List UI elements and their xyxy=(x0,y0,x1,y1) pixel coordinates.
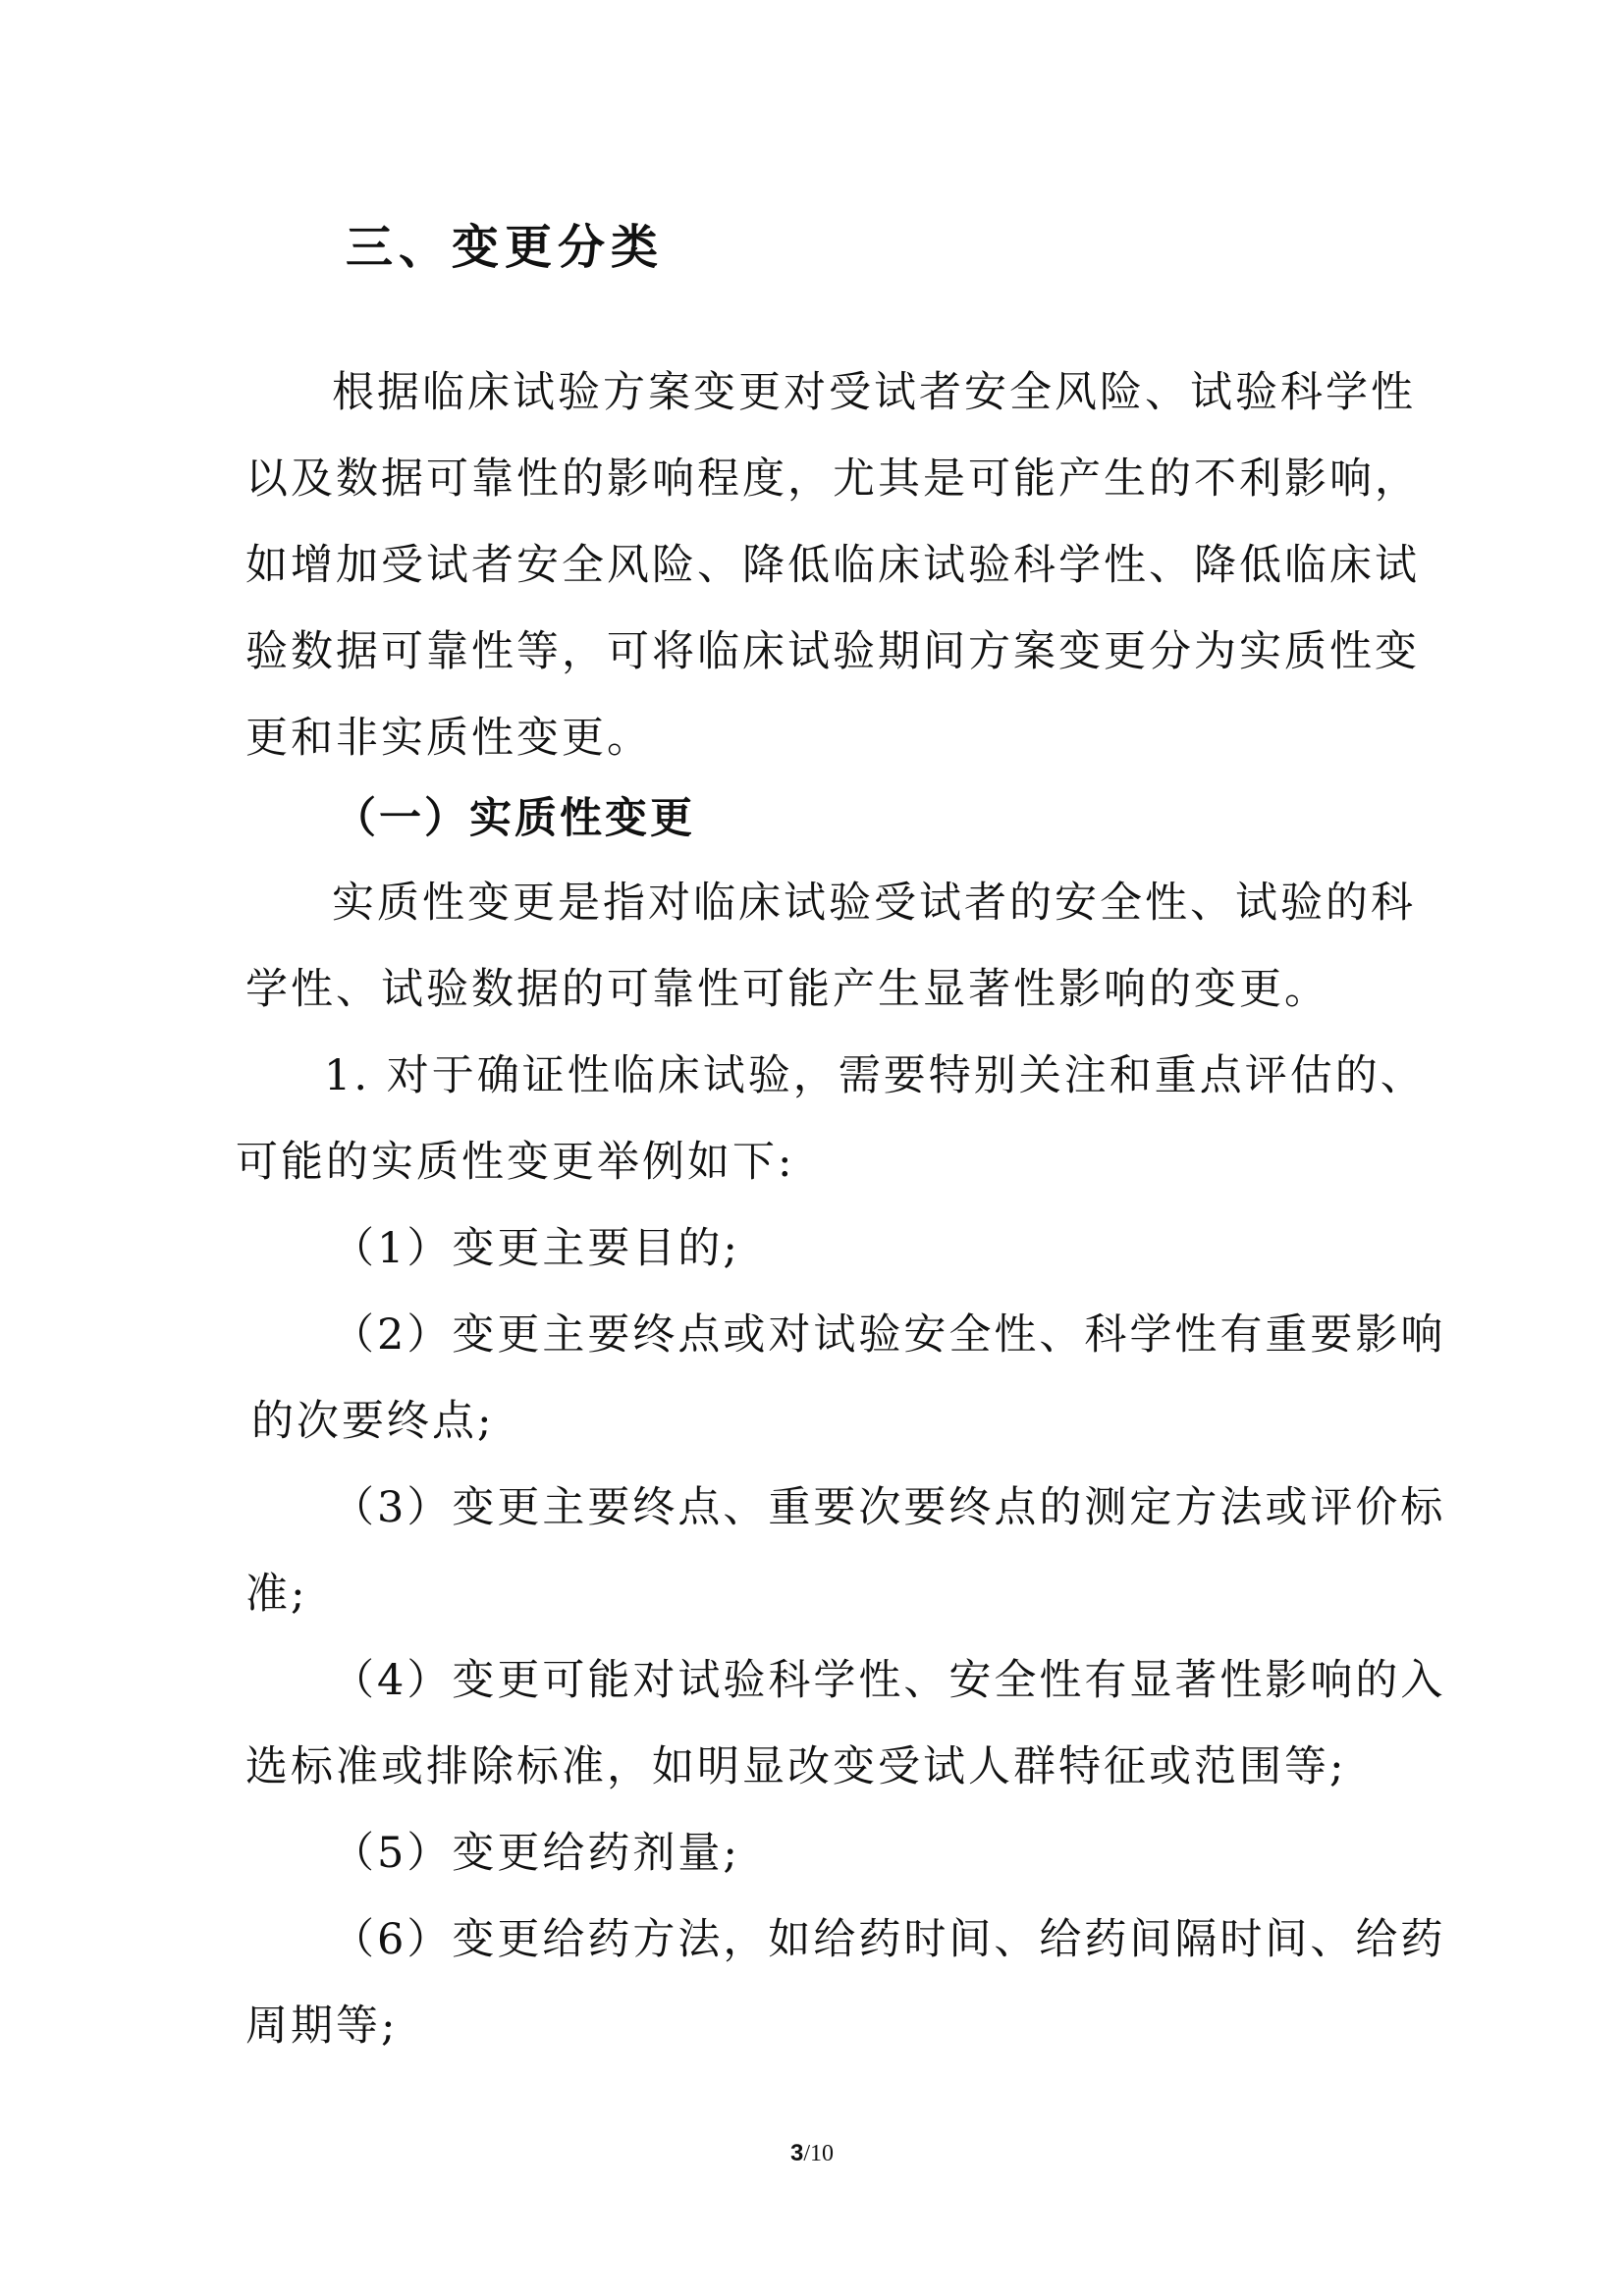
paragraph-line: 更和非实质性变更。 xyxy=(245,709,652,768)
list-item-line: （2）变更主要终点或对试验安全性、科学性有重要影响 xyxy=(332,1306,1384,1364)
paragraph-line: 实质性变更是指对临床试验受试者的安全性、试验的科 xyxy=(332,874,1384,933)
page-current: 3 xyxy=(790,2140,803,2166)
list-item-line: （3）变更主要终点、重要次要终点的测定方法或评价标 xyxy=(332,1478,1384,1537)
paragraph-line: 验数据可靠性等，可将临床试验期间方案变更分为实质性变 xyxy=(245,622,1384,681)
paragraph-line: 如增加受试者安全风险、降低临床试验科学性、降低临床试 xyxy=(245,536,1384,595)
list-item-line: （5）变更给药剂量; xyxy=(332,1824,740,1883)
paragraph-line: 可能的实质性变更举例如下: xyxy=(236,1133,795,1192)
paragraph-line: 以及数据可靠性的影响程度，尤其是可能产生的不利影响， xyxy=(245,450,1384,508)
list-item-line: 周期等; xyxy=(245,1997,399,2056)
list-item-line: 准; xyxy=(245,1565,308,1624)
list-item-line: 选标准或排除标准，如明显改变受试人群特征或范围等; xyxy=(245,1737,1347,1796)
paragraph-line: 学性、试验数据的可靠性可能产生显著性影响的变更。 xyxy=(245,960,1329,1019)
list-item-line: （1）变更主要目的; xyxy=(332,1219,740,1278)
list-item-line: （4）变更可能对试验科学性、安全性有显著性影响的入 xyxy=(332,1651,1384,1710)
section-heading: 三、变更分类 xyxy=(346,218,664,277)
paragraph-line: 1. 对于确证性临床试验，需要特别关注和重点评估的、 xyxy=(324,1046,1384,1105)
page-number: 3/10 xyxy=(0,2140,1624,2167)
list-item-line: 的次要终点; xyxy=(251,1392,495,1451)
page-total: /10 xyxy=(803,2141,834,2166)
document-page: 三、变更分类 根据临床试验方案变更对受试者安全风险、试验科学性 以及数据可靠性的… xyxy=(0,0,1624,2296)
list-item-line: （6）变更给药方法，如给药时间、给药间隔时间、给药 xyxy=(332,1910,1384,1969)
paragraph-line: 根据临床试验方案变更对受试者安全风险、试验科学性 xyxy=(332,363,1382,422)
subsection-heading: （一）实质性变更 xyxy=(334,789,695,848)
